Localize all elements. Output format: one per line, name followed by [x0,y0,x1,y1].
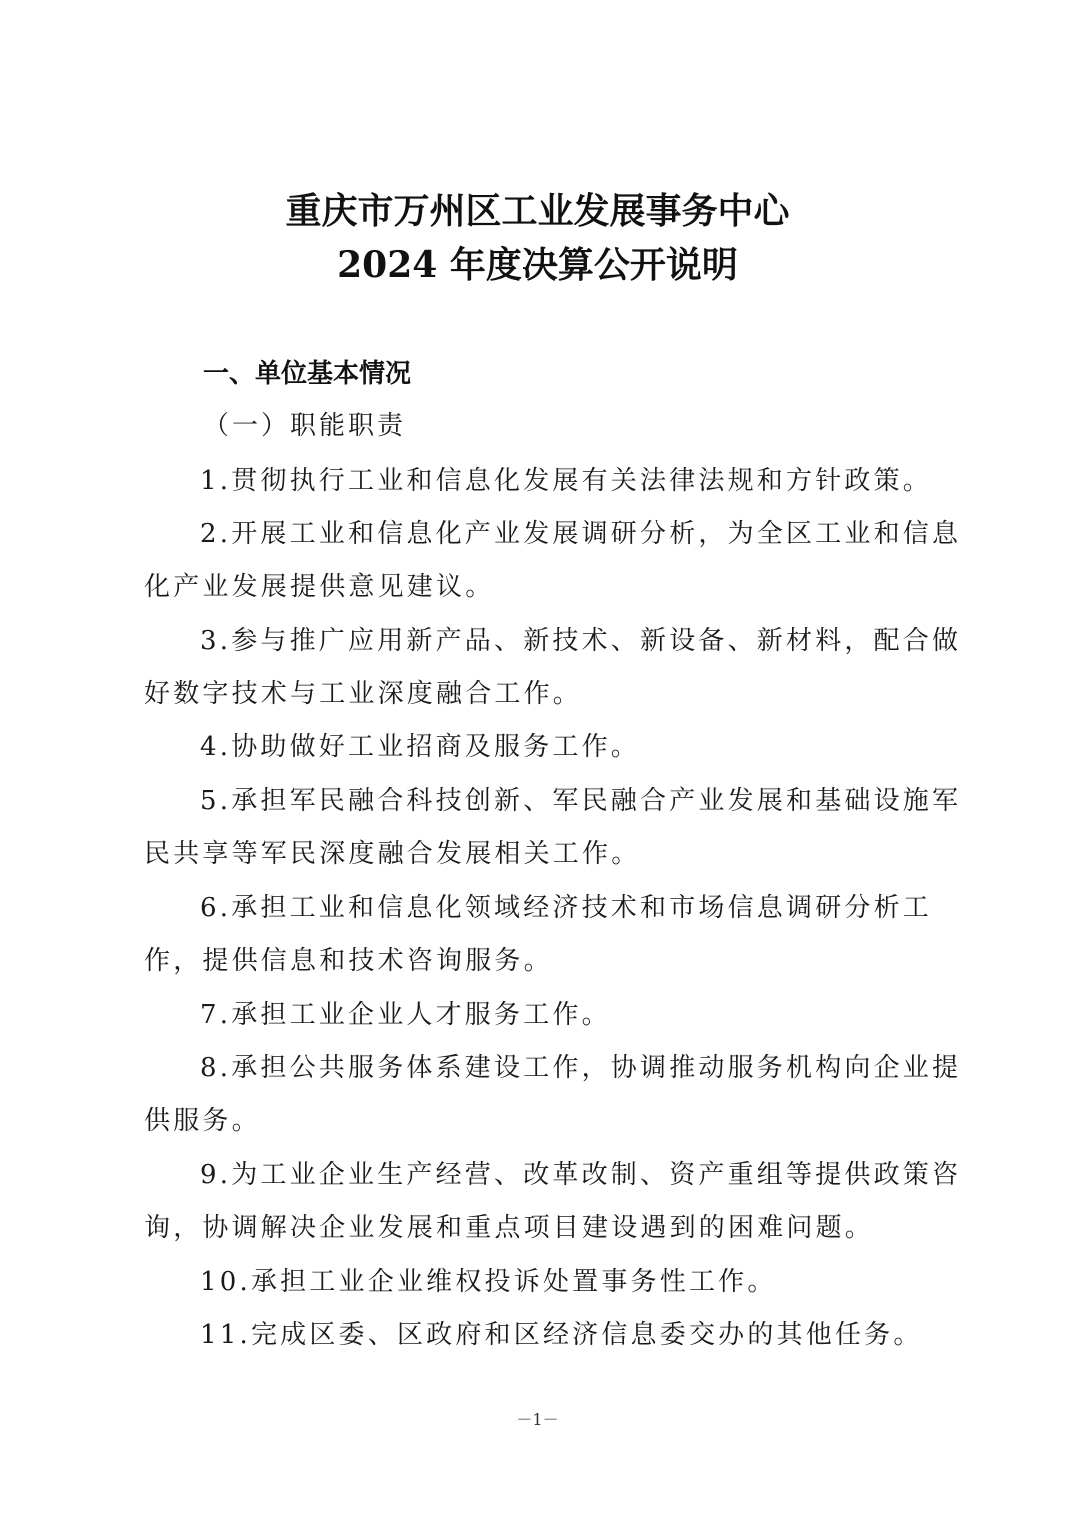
document-title-line2: 2024 年度决算公开说明 [0,237,1075,293]
subsection-heading: （一）职能职责 [203,406,406,446]
document-title-line1: 重庆市万州区工业发展事务中心 [0,183,1075,239]
duty-item-2-cont: 化产业发展提供意见建议。 [144,567,494,607]
duty-item-9-cont: 询，协调解决企业发展和重点项目建设遇到的困难问题。 [144,1208,874,1248]
duty-item-8-cont: 供服务。 [144,1101,261,1141]
duty-item-2: 2.开展工业和信息化产业发展调研分析，为全区工业和信息 [200,514,961,554]
duty-item-5-cont: 民共享等军民深度融合发展相关工作。 [144,834,640,874]
duty-item-5: 5.承担军民融合科技创新、军民融合产业发展和基础设施军 [200,781,961,821]
duty-item-6-cont: 作，提供信息和技术咨询服务。 [144,941,553,981]
duty-item-3-cont: 好数字技术与工业深度融合工作。 [144,674,582,714]
duty-item-9: 9.为工业企业生产经营、改革改制、资产重组等提供政策咨 [200,1155,961,1195]
duty-item-1: 1.贯彻执行工业和信息化发展有关法律法规和方针政策。 [200,461,932,501]
duty-item-10: 10.承担工业企业维权投诉处置事务性工作。 [200,1262,777,1302]
duty-item-3: 3.参与推广应用新产品、新技术、新设备、新材料，配合做 [200,621,961,661]
page-number: －1－ [0,1408,1075,1432]
duty-item-11: 11.完成区委、区政府和区经济信息委交办的其他任务。 [200,1315,923,1355]
section-heading: 一、单位基本情况 [203,354,411,394]
duty-item-4: 4.协助做好工业招商及服务工作。 [200,727,640,767]
duty-item-6: 6.承担工业和信息化领域经济技术和市场信息调研分析工 [200,888,932,928]
duty-item-8: 8.承担公共服务体系建设工作，协调推动服务机构向企业提 [200,1048,961,1088]
document-page: 重庆市万州区工业发展事务中心 2024 年度决算公开说明 一、单位基本情况 （一… [0,0,1075,1520]
duty-item-7: 7.承担工业企业人才服务工作。 [200,995,611,1035]
